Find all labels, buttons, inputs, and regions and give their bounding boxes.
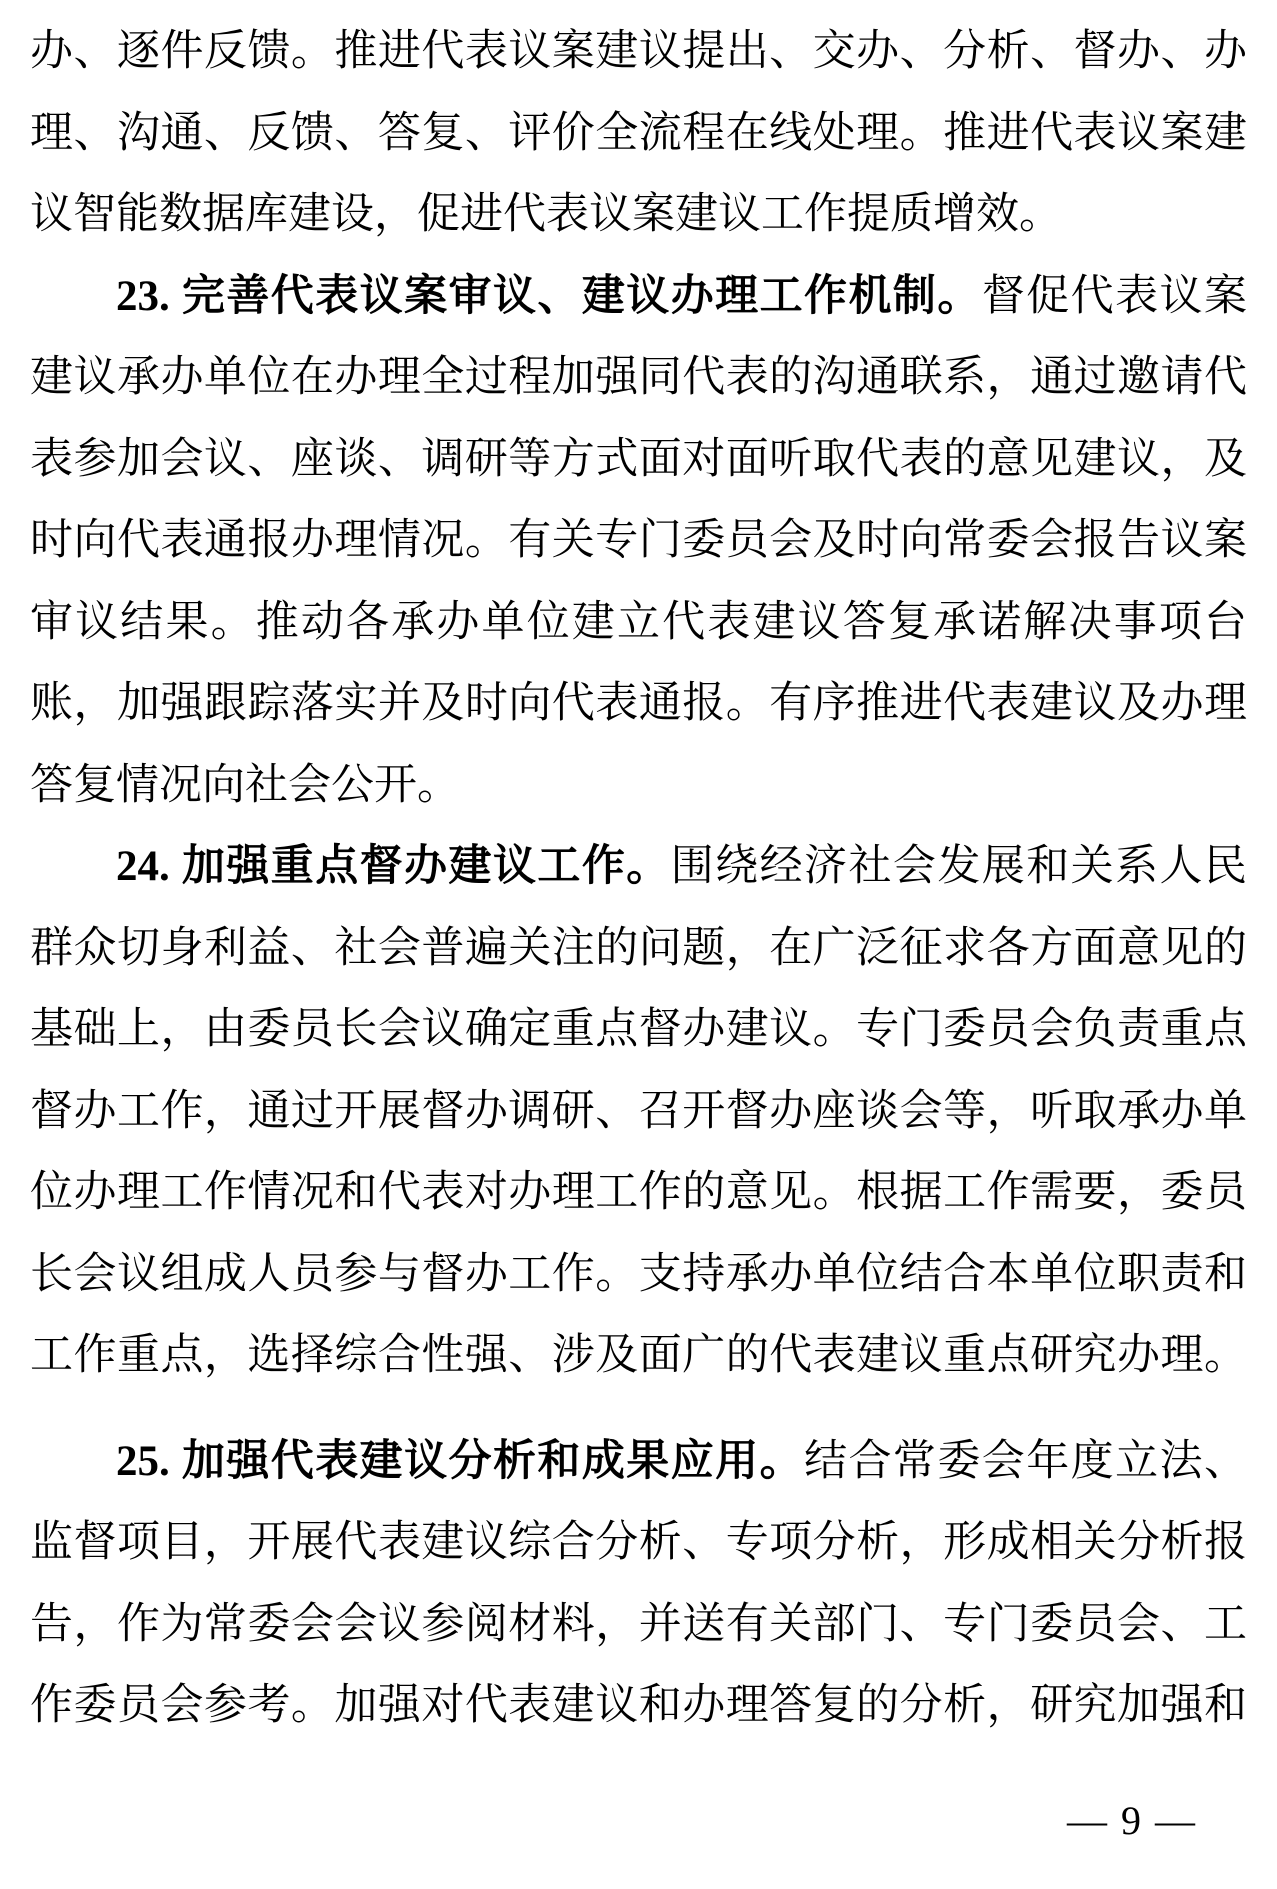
item-heading-text: 25. 加强代表建议分析和成果应用。 <box>116 1438 804 1485</box>
text-line: 理、沟通、反馈、答复、评价全流程在线处理。推进代表议案建 <box>30 93 1247 175</box>
body-text: 长会议组成人员参与督办工作。支持承办单位结合本单位职责和 <box>30 1251 1247 1298</box>
body-text: 账，加强跟踪落实并及时向代表通报。有序推进代表建议及办理 <box>30 680 1247 727</box>
paragraph-item-25: 25. 加强代表建议分析和成果应用。结合常委会年度立法、监督项目，开展代表建议综… <box>30 1421 1247 1747</box>
text-line: 监督项目，开展代表建议综合分析、专项分析，形成相关分析报 <box>30 1502 1247 1584</box>
text-line: 督办工作，通过开展督办调研、召开督办座谈会等，听取承办单 <box>30 1071 1247 1153</box>
body-text: 建议承办单位在办理全过程加强同代表的沟通联系，通过邀请代 <box>30 354 1247 401</box>
paragraph-item-24: 24. 加强重点督办建议工作。围绕经济社会发展和关系人民群众切身利益、社会普遍关… <box>30 826 1247 1397</box>
body-text: 围绕经济社会发展和关系人民 <box>671 843 1247 890</box>
text-line: 位办理工作情况和代表对办理工作的意见。根据工作需要，委员 <box>30 1152 1247 1234</box>
body-text: 理、沟通、反馈、答复、评价全流程在线处理。推进代表议案建 <box>30 110 1247 157</box>
body-text: 办、逐件反馈。推进代表议案建议提出、交办、分析、督办、办 <box>30 28 1247 75</box>
document-body: 办、逐件反馈。推进代表议案建议提出、交办、分析、督办、办理、沟通、反馈、答复、评… <box>30 11 1247 1747</box>
body-text: 答复情况向社会公开。 <box>30 762 460 809</box>
text-line: 群众切身利益、社会普遍关注的问题，在广泛征求各方面意见的 <box>30 908 1247 990</box>
text-line: 24. 加强重点督办建议工作。围绕经济社会发展和关系人民 <box>30 826 1247 908</box>
body-text: 作委员会参考。加强对代表建议和办理答复的分析，研究加强和 <box>30 1682 1247 1729</box>
body-text: 议智能数据库建设，促进代表议案建议工作提质增效。 <box>30 191 1062 238</box>
document-page: 办、逐件反馈。推进代表议案建议提出、交办、分析、督办、办理、沟通、反馈、答复、评… <box>0 0 1277 1889</box>
text-line: 25. 加强代表建议分析和成果应用。结合常委会年度立法、 <box>30 1421 1247 1503</box>
text-line: 时向代表通报办理情况。有关专门委员会及时向常委会报告议案 <box>30 500 1247 582</box>
page-number: — 9 — <box>1067 1798 1197 1843</box>
text-line: 基础上，由委员长会议确定重点督办建议。专门委员会负责重点 <box>30 989 1247 1071</box>
body-text: 时向代表通报办理情况。有关专门委员会及时向常委会报告议案 <box>30 517 1247 564</box>
body-text: 督促代表议案 <box>982 273 1247 320</box>
text-line: 审议结果。推动各承办单位建立代表建议答复承诺解决事项台 <box>30 582 1247 664</box>
text-line: 办、逐件反馈。推进代表议案建议提出、交办、分析、督办、办 <box>30 11 1247 93</box>
paragraph-continuation: 办、逐件反馈。推进代表议案建议提出、交办、分析、督办、办理、沟通、反馈、答复、评… <box>30 11 1247 256</box>
text-line: 23. 完善代表议案审议、建议办理工作机制。督促代表议案 <box>30 256 1247 338</box>
text-line: 长会议组成人员参与督办工作。支持承办单位结合本单位职责和 <box>30 1234 1247 1316</box>
paragraph-item-23: 23. 完善代表议案审议、建议办理工作机制。督促代表议案建议承办单位在办理全过程… <box>30 256 1247 827</box>
body-text: 结合常委会年度立法、 <box>804 1438 1247 1485</box>
text-line: 告，作为常委会会议参阅材料，并送有关部门、专门委员会、工 <box>30 1584 1247 1666</box>
text-line: 议智能数据库建设，促进代表议案建议工作提质增效。 <box>30 174 1247 256</box>
text-line: 作委员会参考。加强对代表建议和办理答复的分析，研究加强和 <box>30 1665 1247 1747</box>
body-text: 督办工作，通过开展督办调研、召开督办座谈会等，听取承办单 <box>30 1088 1247 1135</box>
text-line: 建议承办单位在办理全过程加强同代表的沟通联系，通过邀请代 <box>30 337 1247 419</box>
item-heading-text: 24. 加强重点督办建议工作。 <box>116 843 671 890</box>
text-line: 工作重点，选择综合性强、涉及面广的代表建议重点研究办理。 <box>30 1315 1247 1397</box>
body-text: 工作重点，选择综合性强、涉及面广的代表建议重点研究办理。 <box>30 1332 1247 1379</box>
body-text: 告，作为常委会会议参阅材料，并送有关部门、专门委员会、工 <box>30 1601 1247 1648</box>
body-text: 基础上，由委员长会议确定重点督办建议。专门委员会负责重点 <box>30 1006 1247 1053</box>
body-text: 表参加会议、座谈、调研等方式面对面听取代表的意见建议，及 <box>30 436 1247 483</box>
text-line: 表参加会议、座谈、调研等方式面对面听取代表的意见建议，及 <box>30 419 1247 501</box>
page-footer: — 9 — <box>1067 1798 1197 1844</box>
body-text: 监督项目，开展代表建议综合分析、专项分析，形成相关分析报 <box>30 1519 1247 1566</box>
text-line: 账，加强跟踪落实并及时向代表通报。有序推进代表建议及办理 <box>30 663 1247 745</box>
body-text: 群众切身利益、社会普遍关注的问题，在广泛征求各方面意见的 <box>30 925 1247 972</box>
text-line: 答复情况向社会公开。 <box>30 745 1247 827</box>
body-text: 位办理工作情况和代表对办理工作的意见。根据工作需要，委员 <box>30 1169 1247 1216</box>
body-text: 审议结果。推动各承办单位建立代表建议答复承诺解决事项台 <box>30 599 1247 646</box>
item-heading-text: 23. 完善代表议案审议、建议办理工作机制。 <box>116 273 982 320</box>
